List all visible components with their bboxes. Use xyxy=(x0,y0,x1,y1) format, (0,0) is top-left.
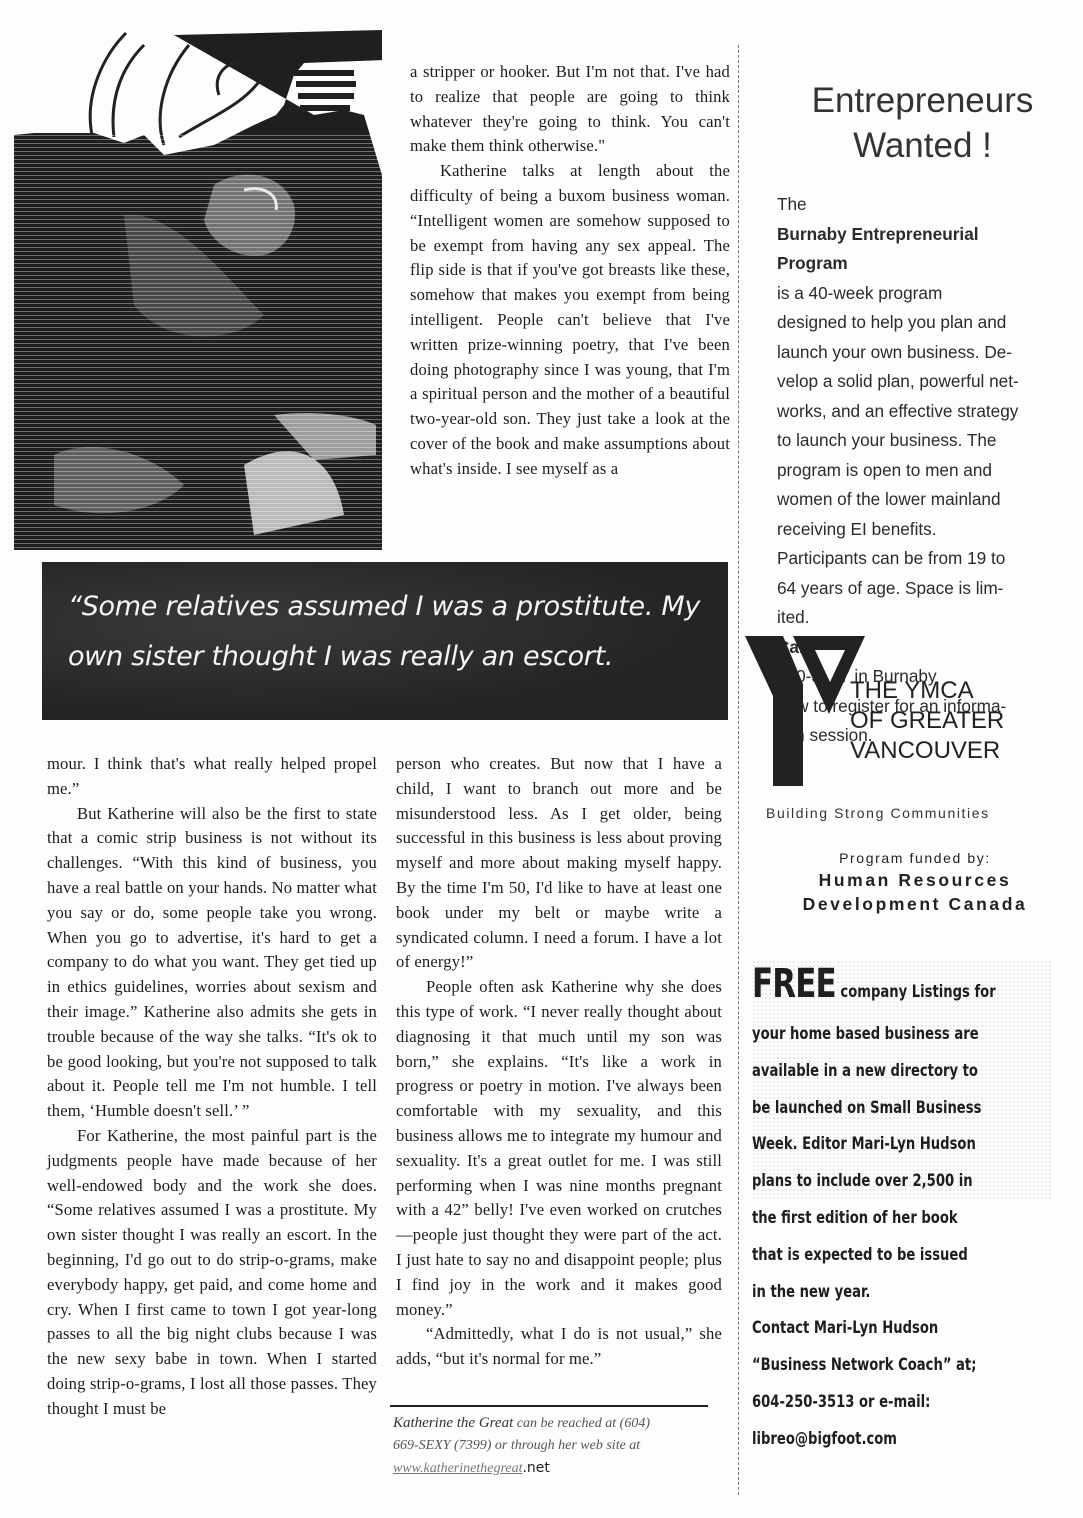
paragraph: person who creates. But now that I have … xyxy=(396,752,722,975)
ad-text-bold: Burnaby Entrepreneurial xyxy=(777,224,979,244)
credit-text: can be reached at (604) xyxy=(513,1416,650,1431)
ad-body-line: receiving EI benefits. xyxy=(777,515,1077,545)
article-column-middle: person who creates. But now that I have … xyxy=(396,752,722,1372)
free-ad-line: FREE company Listings for xyxy=(752,960,1032,1016)
paragraph: mour. I think that's what really helped … xyxy=(47,752,377,802)
free-ad-line: the first edition of her book xyxy=(752,1200,1032,1237)
free-ad-line: in the new year. xyxy=(752,1274,1032,1311)
ad-body-line: The Burnaby Entrepreneurial xyxy=(777,190,1077,249)
ad-body-line: works, and an effective strategy xyxy=(777,397,1077,427)
free-ad-line: Contact Mari-Lyn Hudson xyxy=(752,1310,1032,1347)
free-ad-line: be launched on Small Business xyxy=(752,1090,1032,1127)
paragraph: But Katherine will also be the first to … xyxy=(47,802,377,1124)
ad-body-line: designed to help you plan and xyxy=(777,308,1077,338)
ad-text: receiving EI benefits. xyxy=(777,515,1077,545)
ad-headline: Entrepreneurs Wanted ! xyxy=(775,78,1070,168)
pull-quote: “Some relatives assumed I was a prostitu… xyxy=(42,562,728,720)
ad-text: ited. xyxy=(777,603,1077,633)
free-ad-line: plans to include over 2,500 in xyxy=(752,1163,1032,1200)
column-divider xyxy=(738,45,740,1495)
paragraph: For Katherine, the most painful part is … xyxy=(47,1124,377,1422)
ad-body-line: to launch your business. The xyxy=(777,426,1077,456)
ad-headline-line: Entrepreneurs xyxy=(775,78,1070,123)
free-listings-ad: FREE company Listings for your home base… xyxy=(752,960,1077,1458)
ad-headline-line: Wanted ! xyxy=(775,123,1070,168)
paragraph: People often ask Katherine why she does … xyxy=(396,975,722,1322)
woodcut-portrait-image xyxy=(14,15,382,550)
free-ad-line: Week. Editor Mari-Lyn Hudson xyxy=(752,1126,1032,1163)
ymca-name-line: OF GREATER xyxy=(850,706,1004,736)
funding-credit: Program funded by: Human Resources Devel… xyxy=(750,848,1080,916)
ad-text: Participants can be from 19 to xyxy=(777,544,1077,574)
free-ad-line: 604-250-3513 or e-mail: xyxy=(752,1384,1032,1421)
paragraph: a stripper or hooker. But I'm not that. … xyxy=(410,60,730,159)
paragraph: Katherine talks at length about the diff… xyxy=(410,159,730,481)
author-credit: Katherine the Great can be reached at (6… xyxy=(393,1412,718,1480)
credit-divider xyxy=(390,1405,708,1407)
article-column-left: mour. I think that's what really helped … xyxy=(47,752,377,1422)
ad-text: 64 years of age. Space is lim- xyxy=(777,574,1077,604)
ad-body-line: women of the lower mainland xyxy=(777,485,1077,515)
credit-text: 669-SEXY (7399) or through her web site … xyxy=(393,1438,640,1453)
funded-label: Program funded by: xyxy=(750,848,1080,868)
ad-text: velop a solid plan, powerful net- xyxy=(777,367,1077,397)
free-ad-text: company Listings for xyxy=(836,982,996,1002)
ad-body-line: 64 years of age. Space is lim- xyxy=(777,574,1077,604)
free-ad-line: available in a new directory to xyxy=(752,1053,1032,1090)
ad-text: is a 40-week program xyxy=(777,279,1077,309)
ad-text: designed to help you plan and xyxy=(777,308,1077,338)
ad-text: launch your own business. De- xyxy=(777,338,1077,368)
free-word: FREE xyxy=(752,961,836,1007)
ad-text: women of the lower mainland xyxy=(777,485,1077,515)
ad-text: works, and an effective strategy xyxy=(777,397,1077,427)
ad-text-bold: Program xyxy=(777,253,848,273)
ad-text: to launch your business. The xyxy=(777,426,1077,456)
ad-body-line: program is open to men and xyxy=(777,456,1077,486)
ad-body-line: launch your own business. De- xyxy=(777,338,1077,368)
funder-name: Development Canada xyxy=(750,892,1080,916)
pull-quote-line: own sister thought I was really an escor… xyxy=(68,632,702,682)
article-photo xyxy=(14,15,382,550)
ymca-name-line: VANCOUVER xyxy=(850,736,1004,766)
ad-body-line: Participants can be from 19 to xyxy=(777,544,1077,574)
credit-name: Katherine the Great xyxy=(393,1415,513,1431)
ad-body-line: Program is a 40-week program xyxy=(777,249,1077,308)
ad-text: The xyxy=(777,190,1077,220)
email-address[interactable]: libreo@bigfoot.com xyxy=(752,1421,1032,1458)
ymca-y-logo-icon xyxy=(745,636,865,786)
free-ad-line: “Business Network Coach” at; xyxy=(752,1347,1032,1384)
paragraph: “Admittedly, what I do is not usual,” sh… xyxy=(396,1322,722,1372)
handwritten-suffix: .net xyxy=(522,1460,549,1476)
website-link[interactable]: www.katherinethegreat xyxy=(393,1461,522,1476)
ad-body-line: velop a solid plan, powerful net- xyxy=(777,367,1077,397)
ymca-name-line: THE YMCA xyxy=(850,676,1004,706)
free-ad-line: that is expected to be issued xyxy=(752,1237,1032,1274)
free-ad-line: your home based business are xyxy=(752,1016,1032,1053)
pull-quote-line: “Some relatives assumed I was a prostitu… xyxy=(68,582,702,632)
funder-name: Human Resources xyxy=(750,868,1080,892)
ymca-tagline: Building Strong Communities xyxy=(766,805,1056,821)
article-column-top: a stripper or hooker. But I'm not that. … xyxy=(410,60,730,482)
ymca-name: THE YMCA OF GREATER VANCOUVER xyxy=(850,676,1004,766)
ad-text: program is open to men and xyxy=(777,456,1077,486)
